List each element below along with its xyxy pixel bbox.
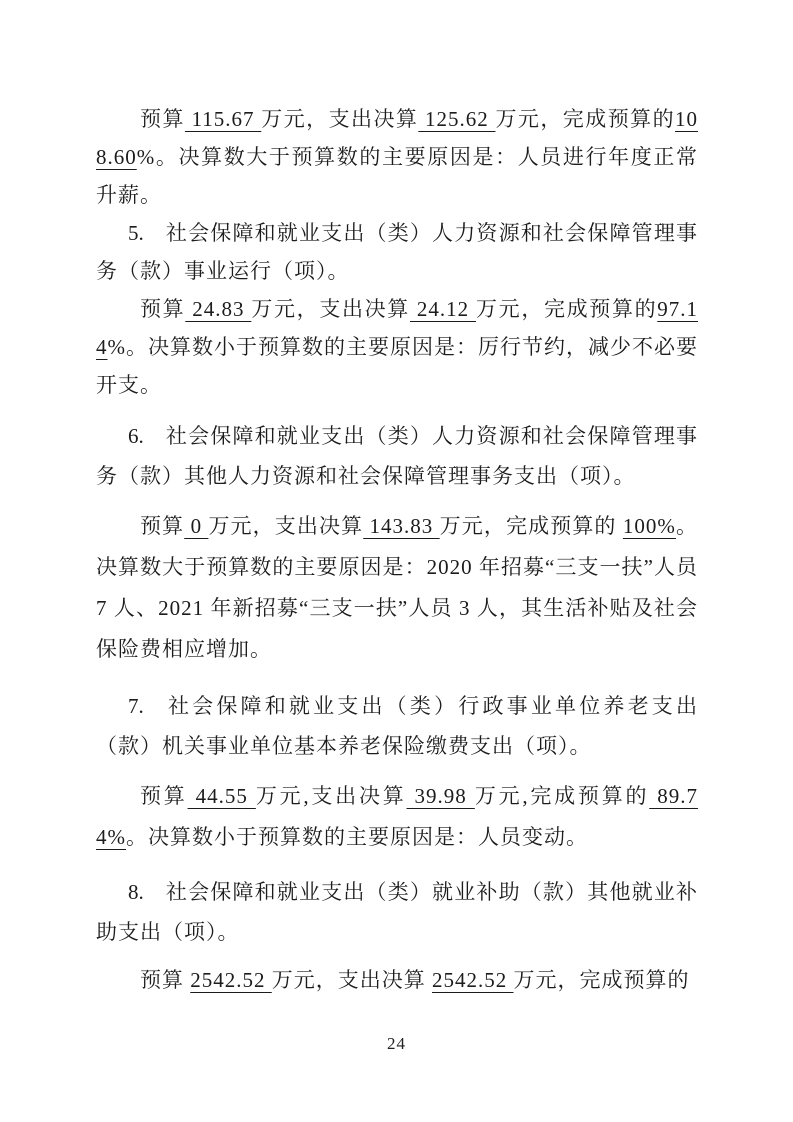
text-run: 万元，完成预算的 [514,968,690,992]
page-number: 24 [0,1034,793,1054]
para-budget-8: 预算 2542.52 万元，支出决算 2542.52 万元，完成预算的 [96,960,698,1001]
text-run: 社会保障和就业支出（类）行政事业单位养老支出（款）机关事业单位基本养老保险缴费支… [96,694,698,758]
text-run: 万元，完成预算的 [495,107,675,131]
text-run: 万元,支出决算 [256,784,407,808]
text-run: 预算 [140,297,185,321]
para-item-5: 5.社会保障和就业支出（类）人力资源和社会保障管理事务（款）事业运行（项）。 [96,214,698,290]
text-run: 万元，支出决算 [272,968,432,992]
text-run: 万元,完成预算的 [475,784,649,808]
text-run: 万元，完成预算的 [476,297,657,321]
underlined-value: 143.83 [363,514,439,538]
underlined-value: 24.12 [410,297,476,321]
text-run: 预算 [140,968,190,992]
text-run: %。决算数大于预算数的主要原因是：人员进行年度正常升薪。 [96,145,698,207]
text-run: 预算 [140,784,188,808]
underlined-value: 2542.52 [190,968,272,992]
text-run: %。决算数小于预算数的主要原因是：厉行节约，减少不必要开支。 [96,335,698,397]
underlined-value: 0 [184,514,208,538]
para-budget-4: 预算 115.67 万元，支出决算 125.62 万元，完成预算的108.60%… [96,100,698,214]
item-number: 6. [128,424,144,448]
text-run: 万元，支出决算 [208,514,363,538]
text-run: 万元，支出决算 [261,107,418,131]
underlined-value: 24.83 [185,297,251,321]
para-item-6: 6.社会保障和就业支出（类）人力资源和社会保障管理事务（款）其他人力资源和社会保… [96,416,698,496]
text-run: 社会保障和就业支出（类）人力资源和社会保障管理事务（款）事业运行（项）。 [96,221,698,283]
document-page: 预算 115.67 万元，支出决算 125.62 万元，完成预算的108.60%… [0,0,793,1122]
para-budget-6: 预算 0 万元，支出决算 143.83 万元，完成预算的 100%。决算数大于预… [96,506,698,670]
para-item-7: 7.社会保障和就业支出（类）行政事业单位养老支出（款）机关事业单位基本养老保险缴… [96,686,698,766]
para-budget-7: 预算 44.55 万元,支出决算 39.98 万元,完成预算的 89.74%。决… [96,776,698,858]
underlined-value: 44.55 [188,784,256,808]
item-number: 5. [128,221,144,245]
text-run: 万元，支出决算 [251,297,410,321]
underlined-value: 125.62 [418,107,495,131]
text-run: 社会保障和就业支出（类）人力资源和社会保障管理事务（款）其他人力资源和社会保障管… [96,424,698,488]
underlined-value: 115.67 [185,107,261,131]
text-run: 预算 [140,107,185,131]
item-number: 8. [128,880,144,904]
para-item-8: 8.社会保障和就业支出（类）就业补助（款）其他就业补助支出（项）。 [96,872,698,952]
text-run: 万元，完成预算的 [440,514,623,538]
para-budget-5: 预算 24.83 万元，支出决算 24.12 万元，完成预算的97.14%。决算… [96,290,698,404]
text-run: 预算 [140,514,184,538]
text-run: 社会保障和就业支出（类）就业补助（款）其他就业补助支出（项）。 [96,880,698,944]
underlined-value: 100% [623,514,676,538]
item-number: 7. [128,694,144,718]
underlined-value: 39.98 [407,784,475,808]
text-run: 。决算数小于预算数的主要原因是：人员变动。 [126,825,588,849]
document-body: 预算 115.67 万元，支出决算 125.62 万元，完成预算的108.60%… [96,100,698,1001]
underlined-value: 2542.52 [432,968,514,992]
